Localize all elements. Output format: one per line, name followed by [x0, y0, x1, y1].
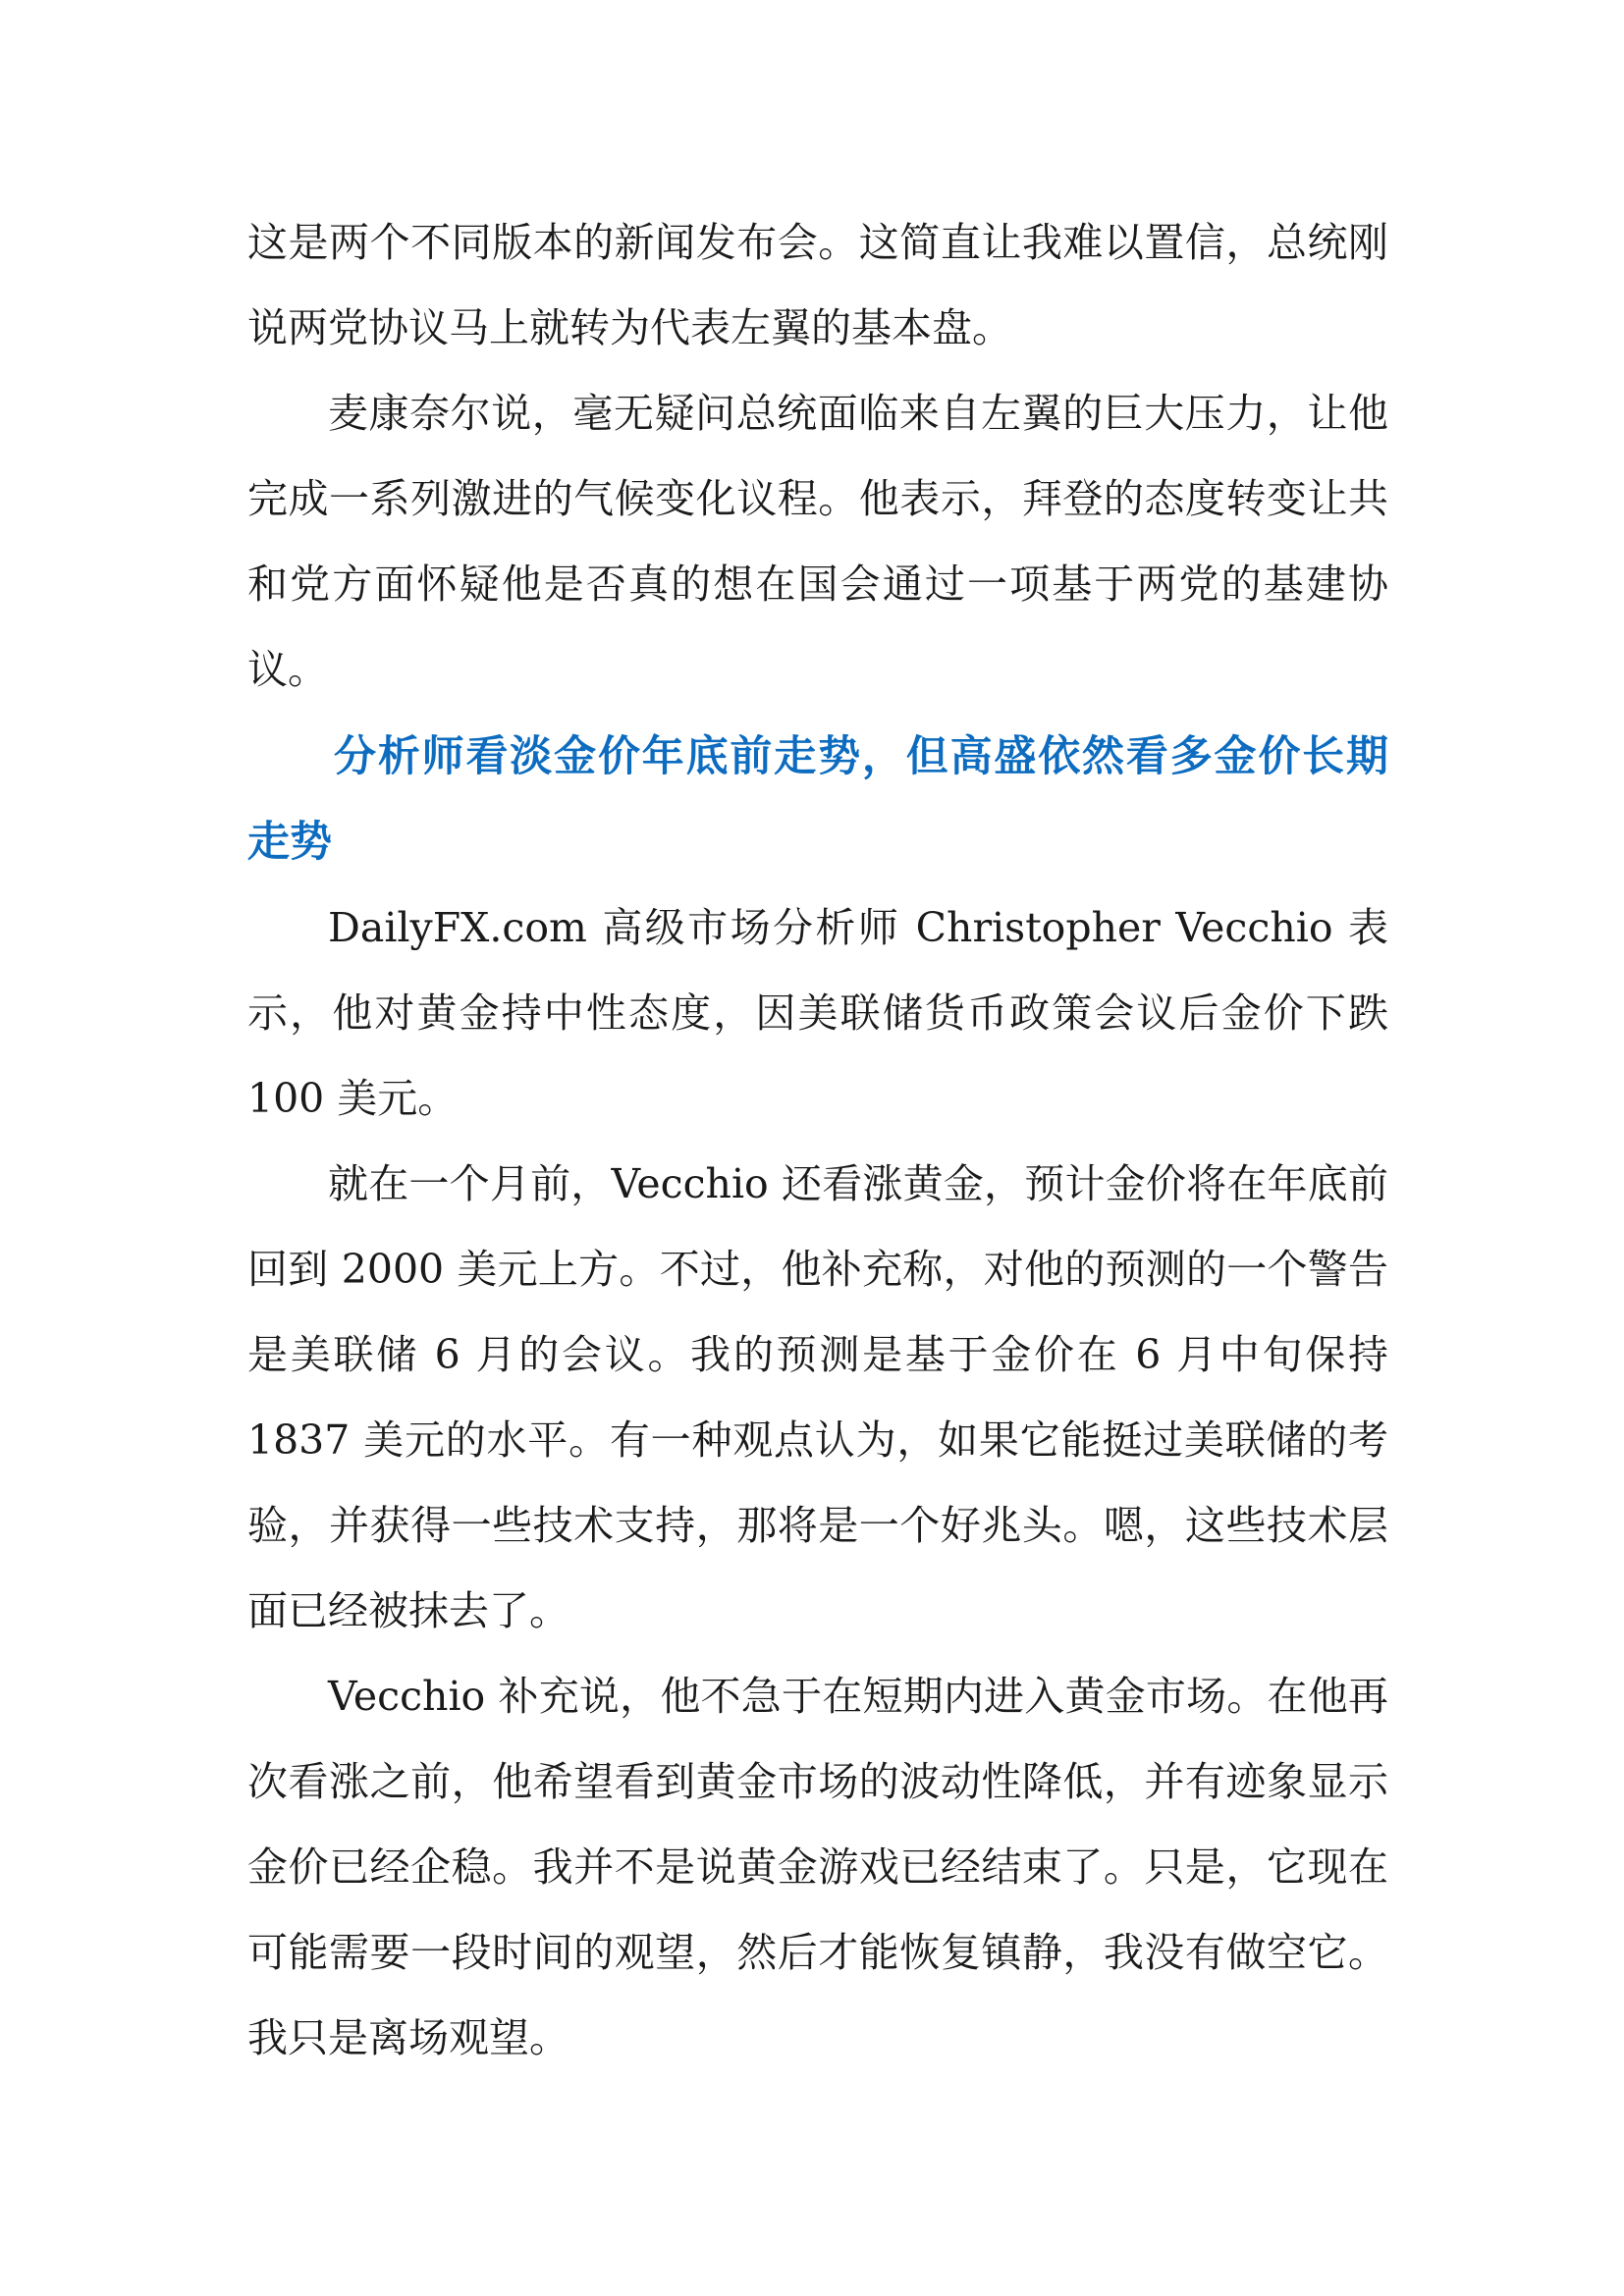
body-paragraph: 就在一个月前，Vecchio 还看涨黄金，预计金价将在年底前回到 2000 美元…	[247, 1142, 1388, 1654]
body-paragraph: Vecchio 补充说，他不急于在短期内进入黄金市场。在他再次看涨之前，他希望看…	[247, 1654, 1388, 2081]
document-page: 这是两个不同版本的新闻发布会。这简直让我难以置信，总统刚说两党协议马上就转为代表…	[247, 200, 1388, 2081]
body-paragraph: 麦康奈尔说，毫无疑问总统面临来自左翼的巨大压力，让他完成一系列激进的气候变化议程…	[247, 371, 1388, 713]
body-paragraph: DailyFX.com 高级市场分析师 Christopher Vecchio …	[247, 885, 1388, 1142]
section-heading: 分析师看淡金价年底前走势，但高盛依然看多金价长期走势	[247, 713, 1388, 885]
body-paragraph: 这是两个不同版本的新闻发布会。这简直让我难以置信，总统刚说两党协议马上就转为代表…	[247, 200, 1388, 371]
